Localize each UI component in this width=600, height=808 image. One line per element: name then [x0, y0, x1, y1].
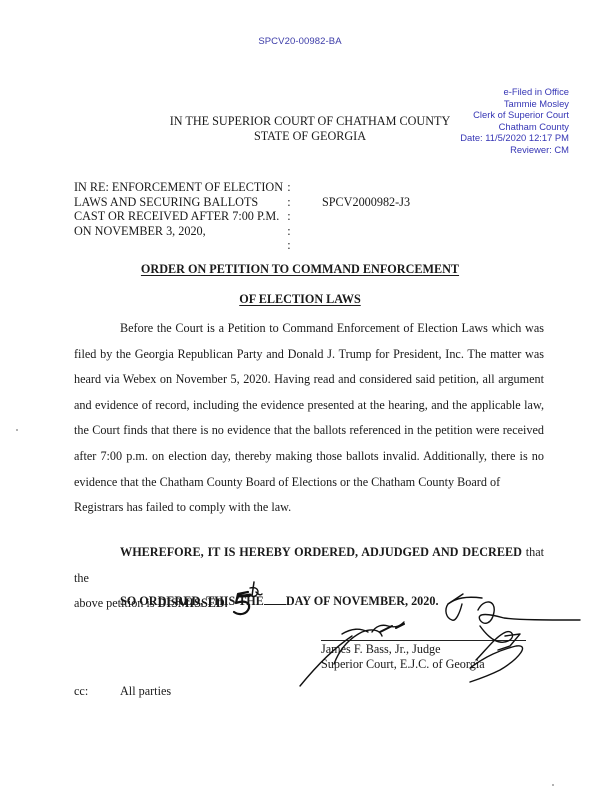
- case-caption: IN RE: ENFORCEMENT OF ELECTION LAWS AND …: [74, 180, 283, 238]
- day-blank: [264, 594, 286, 605]
- body-line: heard via Webex on November 5, 2020. Hav…: [74, 367, 544, 393]
- wherefore-bold: WHEREFORE, IT IS HEREBY ORDERED, ADJUDGE…: [120, 545, 522, 559]
- scan-speck: [16, 429, 18, 431]
- so-ordered-line: SO ORDERED, THIS THEDAY OF NOVEMBER, 202…: [120, 594, 439, 609]
- case-number: SPCV2000982-J3: [322, 195, 410, 210]
- so-ordered-prefix: SO ORDERED, THIS THE: [120, 594, 264, 608]
- body-line: after 7:00 p.m. on election day, thereby…: [74, 444, 544, 470]
- caption-separator: :: [285, 224, 293, 239]
- caption-separator: :: [285, 238, 293, 253]
- body-line: Before the Court is a Petition to Comman…: [74, 316, 544, 342]
- body-line: Registrars has failed to comply with the…: [74, 495, 544, 521]
- efile-line: Chatham County: [460, 121, 569, 133]
- case-stamp: SPCV20-00982-BA: [0, 36, 600, 47]
- caption-separator-column: : : : : :: [285, 180, 293, 253]
- efile-stamp: e-Filed in Office Tammie Mosley Clerk of…: [460, 86, 569, 156]
- judge-signature-block: James F. Bass, Jr., Judge Superior Court…: [321, 642, 485, 671]
- body-line: the Court finds that there is no evidenc…: [74, 418, 544, 444]
- order-body: Before the Court is a Petition to Comman…: [74, 316, 544, 521]
- caption-separator: :: [285, 180, 293, 195]
- caption-line: LAWS AND SECURING BALLOTS: [74, 195, 283, 210]
- body-line: and evidence of record, including the ev…: [74, 393, 544, 419]
- cc-line: cc:All parties: [74, 684, 171, 699]
- signature-line: [321, 640, 526, 641]
- scan-speck: [552, 784, 554, 786]
- efile-line: Tammie Mosley: [460, 98, 569, 110]
- caption-line: ON NOVEMBER 3, 2020,: [74, 224, 283, 239]
- judge-court: Superior Court, E.J.C. of Georgia: [321, 657, 485, 672]
- cc-value: All parties: [120, 684, 171, 698]
- caption-line: IN RE: ENFORCEMENT OF ELECTION: [74, 180, 283, 195]
- so-ordered-suffix: DAY OF NOVEMBER, 2020.: [286, 594, 439, 608]
- efile-line: Reviewer: CM: [460, 144, 569, 156]
- order-title-line2: OF ELECTION LAWS: [0, 292, 600, 307]
- cc-label: cc:: [74, 684, 120, 699]
- body-line: filed by the Georgia Republican Party an…: [74, 342, 544, 368]
- efile-line: Clerk of Superior Court: [460, 109, 569, 121]
- caption-separator: :: [285, 195, 293, 210]
- court-state: STATE OF GEORGIA: [160, 129, 460, 144]
- court-header: IN THE SUPERIOR COURT OF CHATHAM COUNTY …: [160, 114, 460, 144]
- wherefore-line1: WHEREFORE, IT IS HEREBY ORDERED, ADJUDGE…: [74, 540, 544, 591]
- caption-separator: :: [285, 209, 293, 224]
- efile-line: Date: 11/5/2020 12:17 PM: [460, 132, 569, 144]
- judge-name: James F. Bass, Jr., Judge: [321, 642, 485, 657]
- order-title-line1: ORDER ON PETITION TO COMMAND ENFORCEMENT: [0, 262, 600, 277]
- body-line: evidence that the Chatham County Board o…: [74, 470, 544, 496]
- caption-line: CAST OR RECEIVED AFTER 7:00 P.M.: [74, 209, 283, 224]
- court-name: IN THE SUPERIOR COURT OF CHATHAM COUNTY: [160, 114, 460, 129]
- efile-line: e-Filed in Office: [460, 86, 569, 98]
